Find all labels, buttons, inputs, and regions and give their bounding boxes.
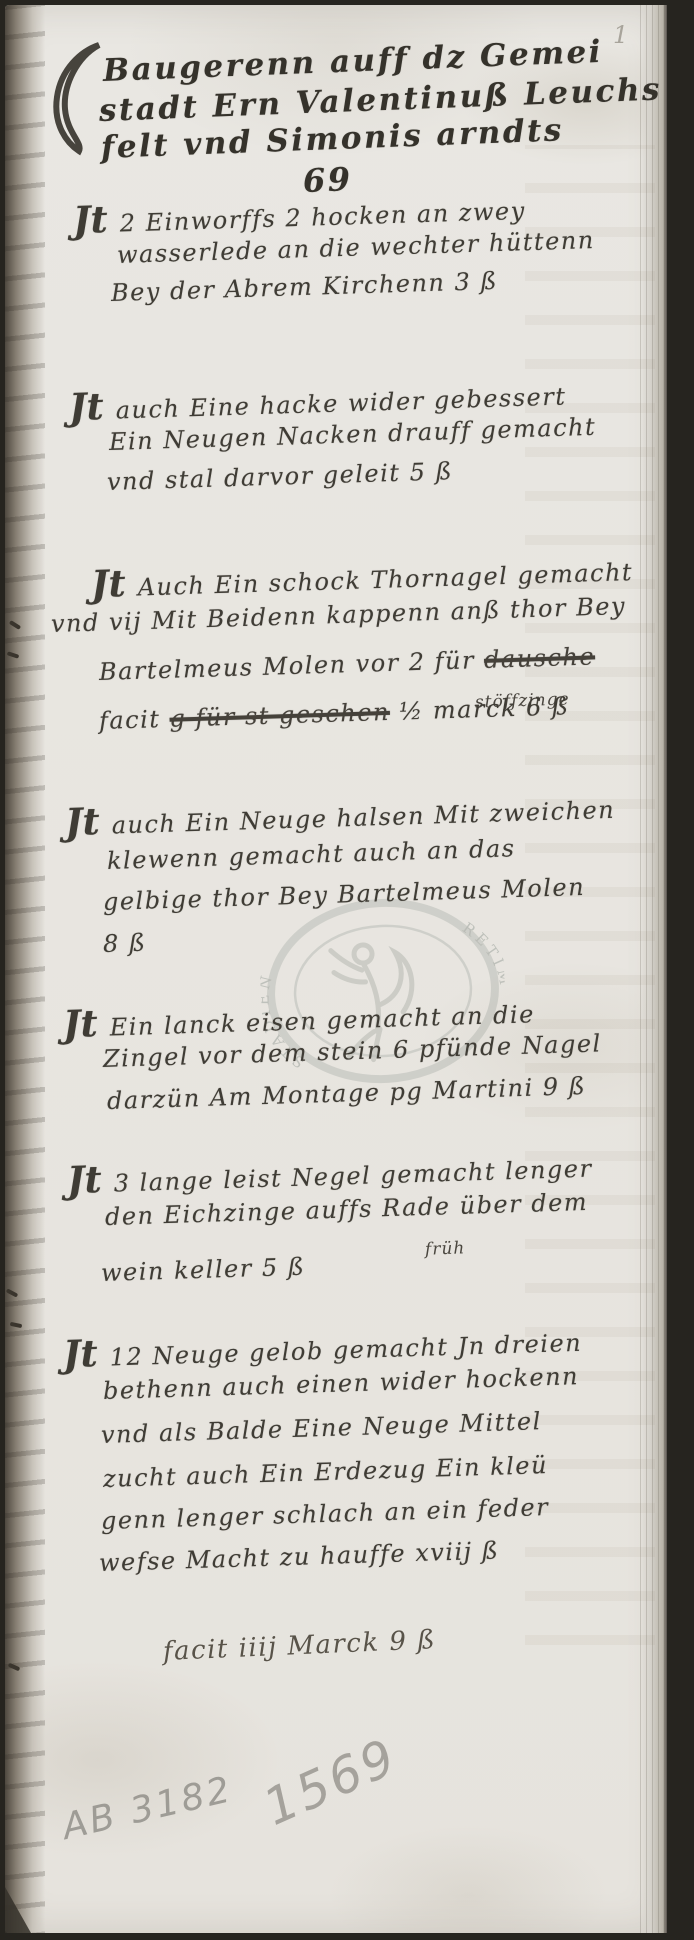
- item-mark: Jt: [64, 799, 100, 844]
- folio-number: 1: [613, 23, 628, 47]
- item-mark: Jt: [68, 384, 104, 429]
- manuscript-line: Bartelmeus Molen vor 2 für dausche: [99, 644, 596, 685]
- line-text: Bartelmeus Molen vor 2 für: [99, 646, 485, 686]
- year-annotation-pencil: 1569: [257, 1731, 405, 1833]
- svg-text:RETIM: RETIM: [458, 917, 509, 992]
- manuscript-line: wein keller 5 ß: [101, 1255, 306, 1287]
- book-binding-edge: [5, 5, 45, 1933]
- item-mark: Jt: [90, 561, 126, 606]
- item-mark: Jt: [62, 1331, 98, 1376]
- manuscript-line: klewenn gemacht auch an das: [107, 836, 516, 874]
- item-mark: Jt: [72, 197, 108, 242]
- total-line: facit iiij Marck 9 ß: [162, 1627, 436, 1666]
- manuscript-line: vnd stal darvor geleit 5 ß: [107, 459, 454, 495]
- manuscript-line: vnd als Balde Eine Neuge Mittel: [101, 1409, 543, 1448]
- page-fore-edge: [640, 5, 667, 1933]
- item-mark: Jt: [66, 1157, 102, 1202]
- stamp-border-text-right: RETIM: [458, 917, 509, 992]
- line-text: ½ marck 6 ß: [389, 692, 569, 726]
- item-mark: Jt: [62, 1001, 98, 1046]
- manuscript-line: 8 ß: [103, 931, 147, 958]
- archive-reference-pencil: AB 3182: [59, 1772, 236, 1846]
- manuscript-line: Bey der Abrem Kirchenn 3 ß: [111, 269, 499, 306]
- manuscript-line: darzün Am Montage pg Martini 9 ß: [107, 1074, 587, 1114]
- frayed-corner: [5, 1887, 31, 1933]
- struck-text: g für st geschen: [169, 698, 390, 733]
- manuscript-page: 1 STADIEN RETIM: [5, 5, 667, 1933]
- struck-text: dausche: [484, 642, 596, 673]
- manuscript-line: wefse Macht zu hauffe xviij ß: [99, 1538, 500, 1576]
- manuscript-line: genn lenger schlach an ein feder: [101, 1495, 550, 1534]
- manuscript-line: facit g für st geschen ½ marck 6 ß: [99, 694, 570, 734]
- line-text: facit: [99, 705, 170, 735]
- inserted-correction: früh: [425, 1240, 466, 1258]
- manuscript-line: auch Ein Neuge halsen Mit zweichen: [111, 796, 615, 840]
- manuscript-line: zucht auch Ein Erdezug Ein kleü: [103, 1453, 549, 1492]
